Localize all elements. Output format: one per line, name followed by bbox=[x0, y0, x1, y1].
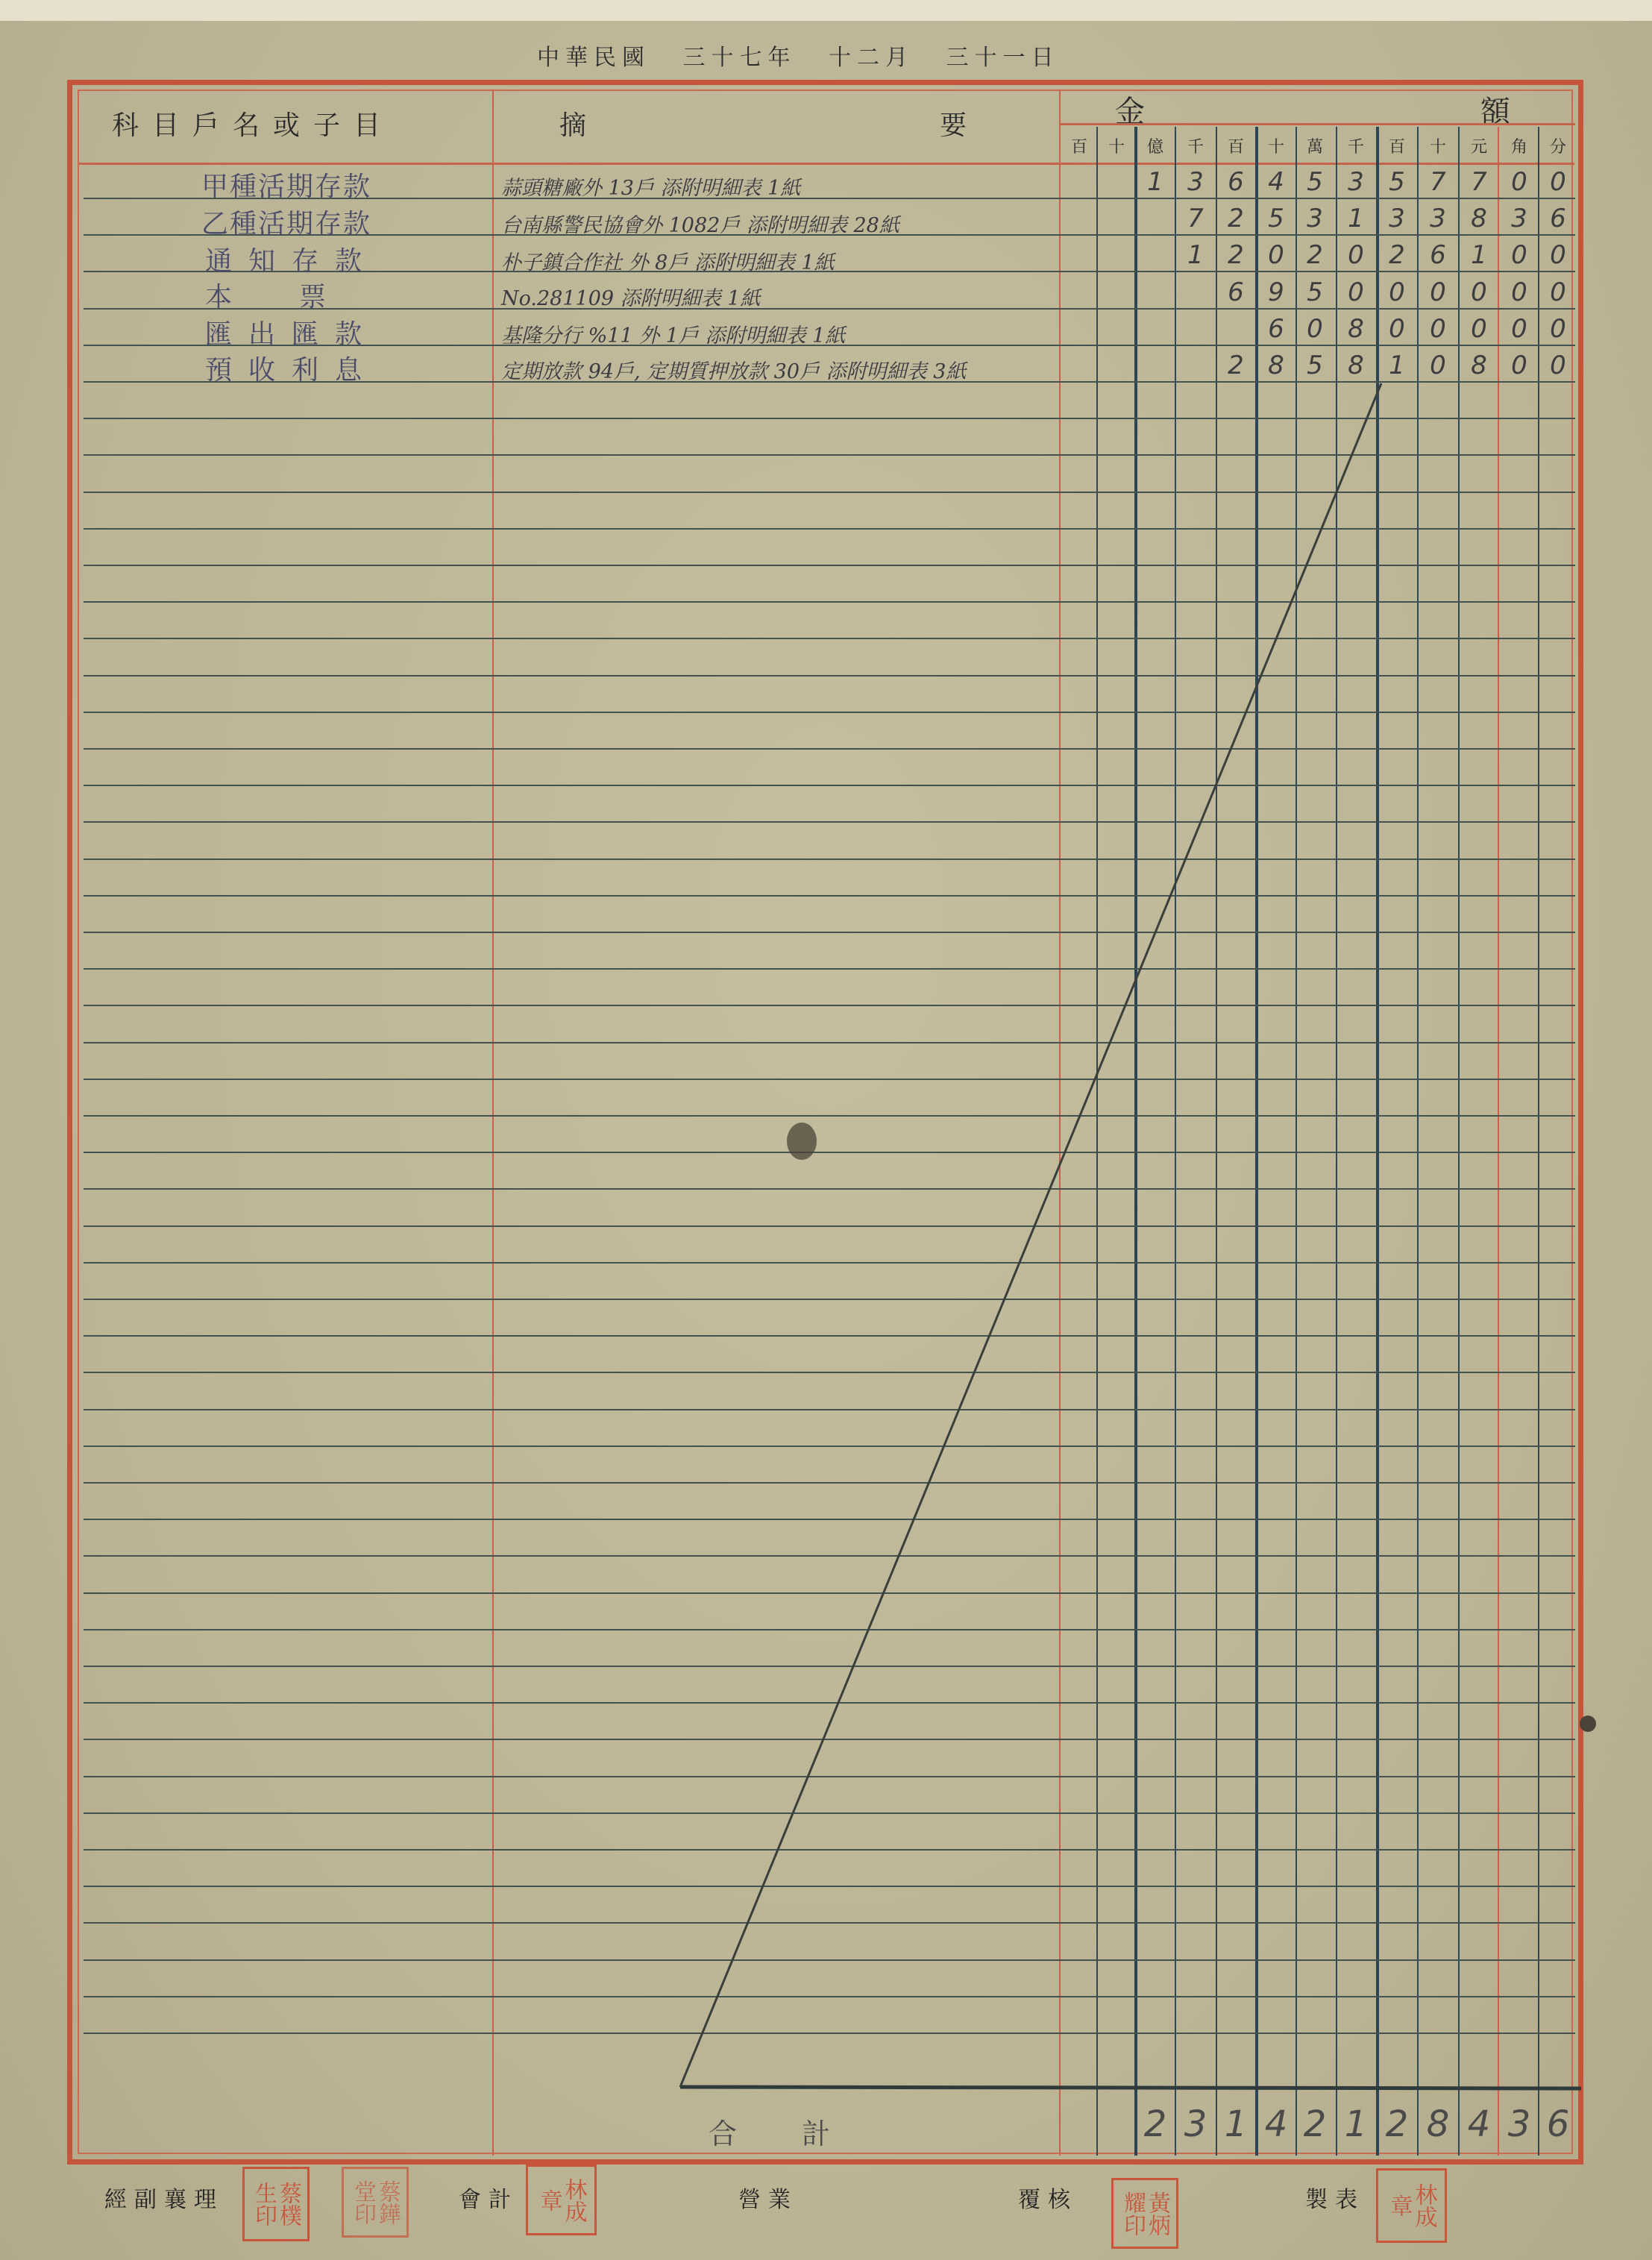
total-digit: 6 bbox=[1539, 2103, 1577, 2145]
seal-prepared: 林成章 bbox=[1376, 2168, 1447, 2243]
total-digit: 3 bbox=[1177, 2103, 1214, 2145]
total-digit: 2 bbox=[1296, 2103, 1334, 2145]
total-digit: 4 bbox=[1460, 2103, 1498, 2145]
ink-blot bbox=[787, 1123, 817, 1160]
total-label-right: 計 bbox=[802, 2111, 830, 2152]
seal-review: 黃炳耀印 bbox=[1111, 2178, 1178, 2249]
sig-prepared-label: 製表 bbox=[1305, 2181, 1365, 2214]
total-digit: 4 bbox=[1257, 2103, 1295, 2145]
sig-review-label: 覆核 bbox=[1018, 2181, 1078, 2214]
total-digit: 1 bbox=[1337, 2103, 1375, 2145]
seal-vice-manager-2: 蔡鏵堂印 bbox=[342, 2167, 409, 2238]
diagonal-cancel-line bbox=[0, 0, 1652, 2260]
total-digit: 2 bbox=[1378, 2103, 1416, 2145]
ink-dot bbox=[1580, 1716, 1596, 1732]
sig-accounting-label: 會計 bbox=[459, 2181, 518, 2214]
seal-accounting: 林成章 bbox=[526, 2165, 597, 2235]
total-label-left: 合 bbox=[709, 2111, 737, 2152]
total-digit: 2 bbox=[1137, 2103, 1174, 2145]
seal-vice-manager-1: 蔡樸生印 bbox=[242, 2167, 310, 2241]
total-digit: 8 bbox=[1419, 2103, 1457, 2145]
total-digit: 3 bbox=[1501, 2103, 1538, 2145]
sig-business-label: 營業 bbox=[738, 2181, 798, 2214]
sig-vice-manager-label: 經副襄理 bbox=[104, 2181, 224, 2214]
total-digit: 1 bbox=[1217, 2103, 1254, 2145]
